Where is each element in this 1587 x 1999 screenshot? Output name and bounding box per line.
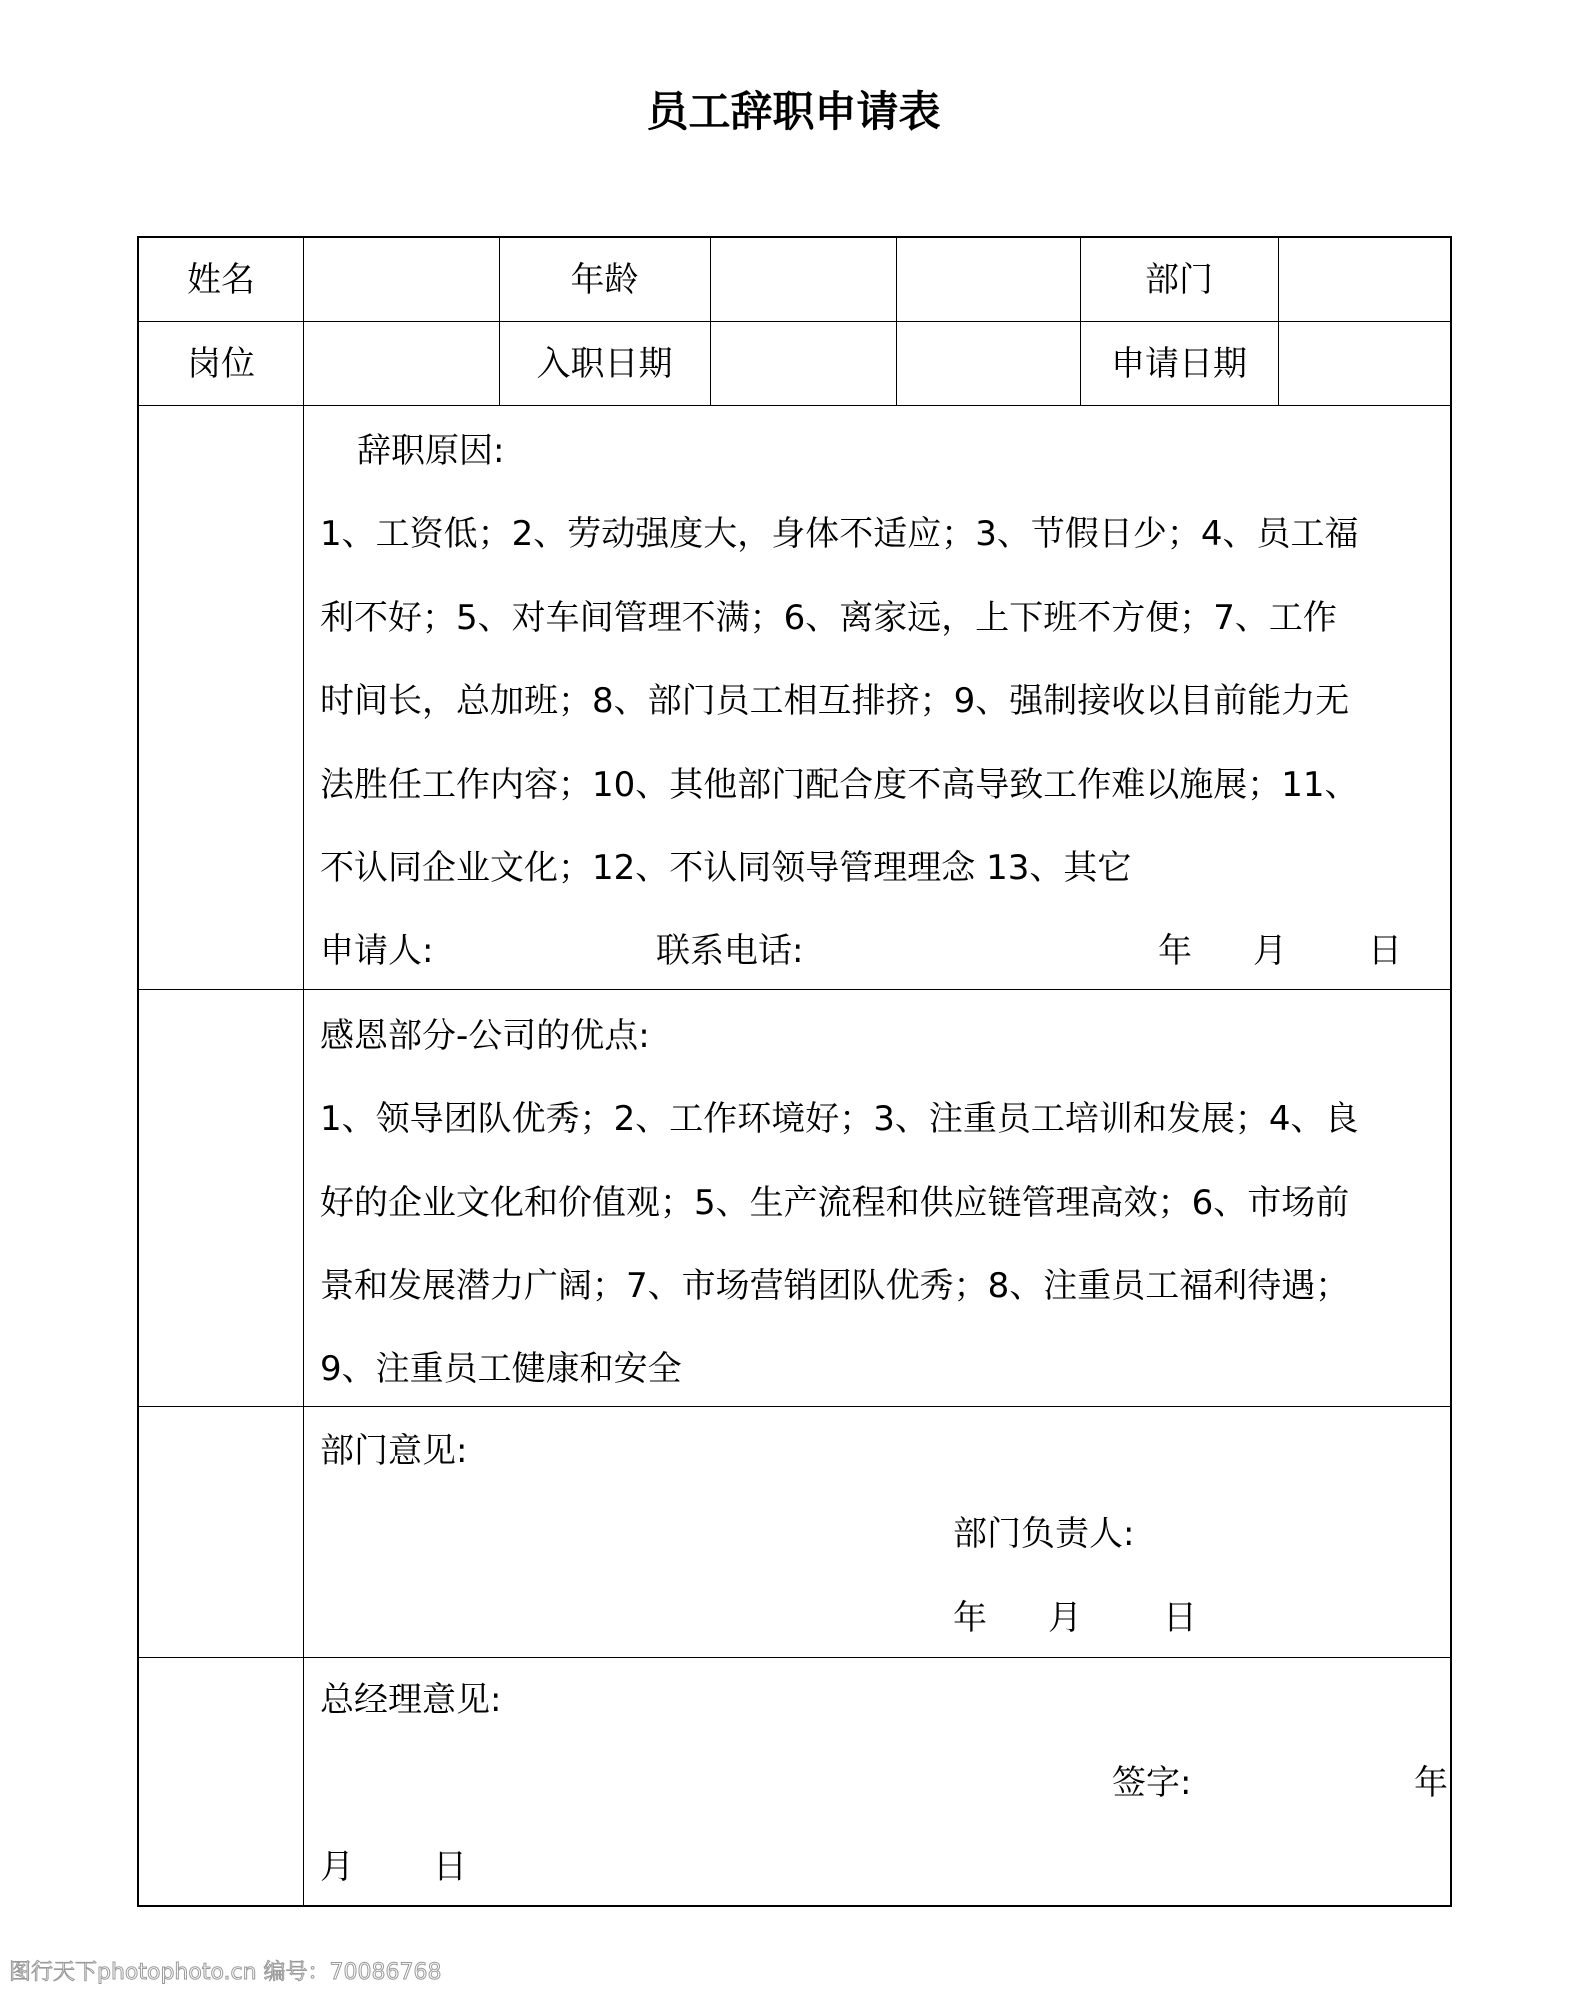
applicant-day-label: 日 [1368, 910, 1402, 993]
applicant-label: 申请人: [320, 910, 433, 993]
gratitude-line: 1、领导团队优秀；2、工作环境好；3、注重员工培训和发展；4、良 [320, 1078, 1359, 1161]
gm-day-label: 日 [433, 1826, 467, 1909]
gratitude-line: 好的企业文化和价值观；5、生产流程和供应链管理高效；6、市场前 [320, 1162, 1349, 1245]
department-head-label: 部门负责人: [953, 1493, 1134, 1576]
department-label: 部门 [1080, 238, 1278, 322]
name-label: 姓名 [139, 238, 303, 322]
department-opinion-heading: 部门意见: [320, 1410, 467, 1493]
position-label: 岗位 [139, 322, 303, 406]
resignation-reason-heading: 辞职原因: [357, 410, 504, 493]
gm-sign-label: 签字: [1112, 1742, 1191, 1825]
row-divider [139, 1657, 1450, 1658]
application-date-label: 申请日期 [1080, 322, 1278, 406]
gm-opinion-side-cell [139, 1658, 303, 1907]
applicant-year-label: 年 [1158, 910, 1192, 993]
form-title: 员工辞职申请表 [0, 88, 1587, 136]
age-extra-field[interactable] [897, 238, 1080, 321]
hire-date-label: 入职日期 [499, 322, 710, 406]
gm-opinion-heading: 总经理意见: [320, 1659, 501, 1742]
reason-line: 1、工资低；2、劳动强度大，身体不适应；3、节假日少；4、员工福 [320, 493, 1359, 576]
gratitude-side-cell [139, 990, 303, 1406]
department-month-label: 月 [1048, 1577, 1082, 1660]
age-field[interactable] [711, 238, 896, 321]
gm-year-label: 年 [1414, 1742, 1448, 1825]
resignation-form-table: 姓名 年龄 部门 岗位 入职日期 申请日期 辞职原因: 1、工资低；2、劳动强度… [137, 236, 1452, 1907]
column-divider [303, 238, 304, 1905]
department-field[interactable] [1279, 238, 1452, 321]
reason-line: 利不好；5、对车间管理不满；6、离家远，上下班不方便；7、工作 [320, 577, 1337, 660]
position-field[interactable] [304, 322, 499, 405]
department-opinion-field[interactable] [320, 1488, 920, 1528]
department-year-label: 年 [953, 1577, 987, 1660]
hire-date-field[interactable] [711, 322, 896, 405]
gm-month-label: 月 [320, 1826, 354, 1909]
application-date-field[interactable] [1279, 322, 1452, 405]
watermark: 图行天下photophoto.cn 编号：70086768 [9, 1958, 442, 1988]
hire-date-extra-field[interactable] [897, 322, 1080, 405]
department-opinion-side-cell [139, 1407, 303, 1657]
name-field[interactable] [304, 238, 499, 321]
reason-line: 不认同企业文化；12、不认同领导管理理念 13、其它 [320, 827, 1131, 910]
gratitude-line: 9、注重员工健康和安全 [320, 1328, 682, 1411]
gratitude-line: 景和发展潜力广阔；7、市场营销团队优秀；8、注重员工福利待遇； [320, 1245, 1349, 1328]
reason-line: 时间长，总加班；8、部门员工相互排挤；9、强制接收以目前能力无 [320, 660, 1349, 743]
resignation-side-cell [139, 406, 303, 989]
applicant-month-label: 月 [1253, 910, 1287, 993]
phone-label: 联系电话: [656, 910, 803, 993]
reason-line: 法胜任工作内容；10、其他部门配合度不高导致工作难以施展；11、 [320, 744, 1359, 827]
gratitude-heading: 感恩部分-公司的优点: [320, 995, 650, 1078]
age-label: 年龄 [499, 238, 710, 322]
department-day-label: 日 [1163, 1577, 1197, 1660]
